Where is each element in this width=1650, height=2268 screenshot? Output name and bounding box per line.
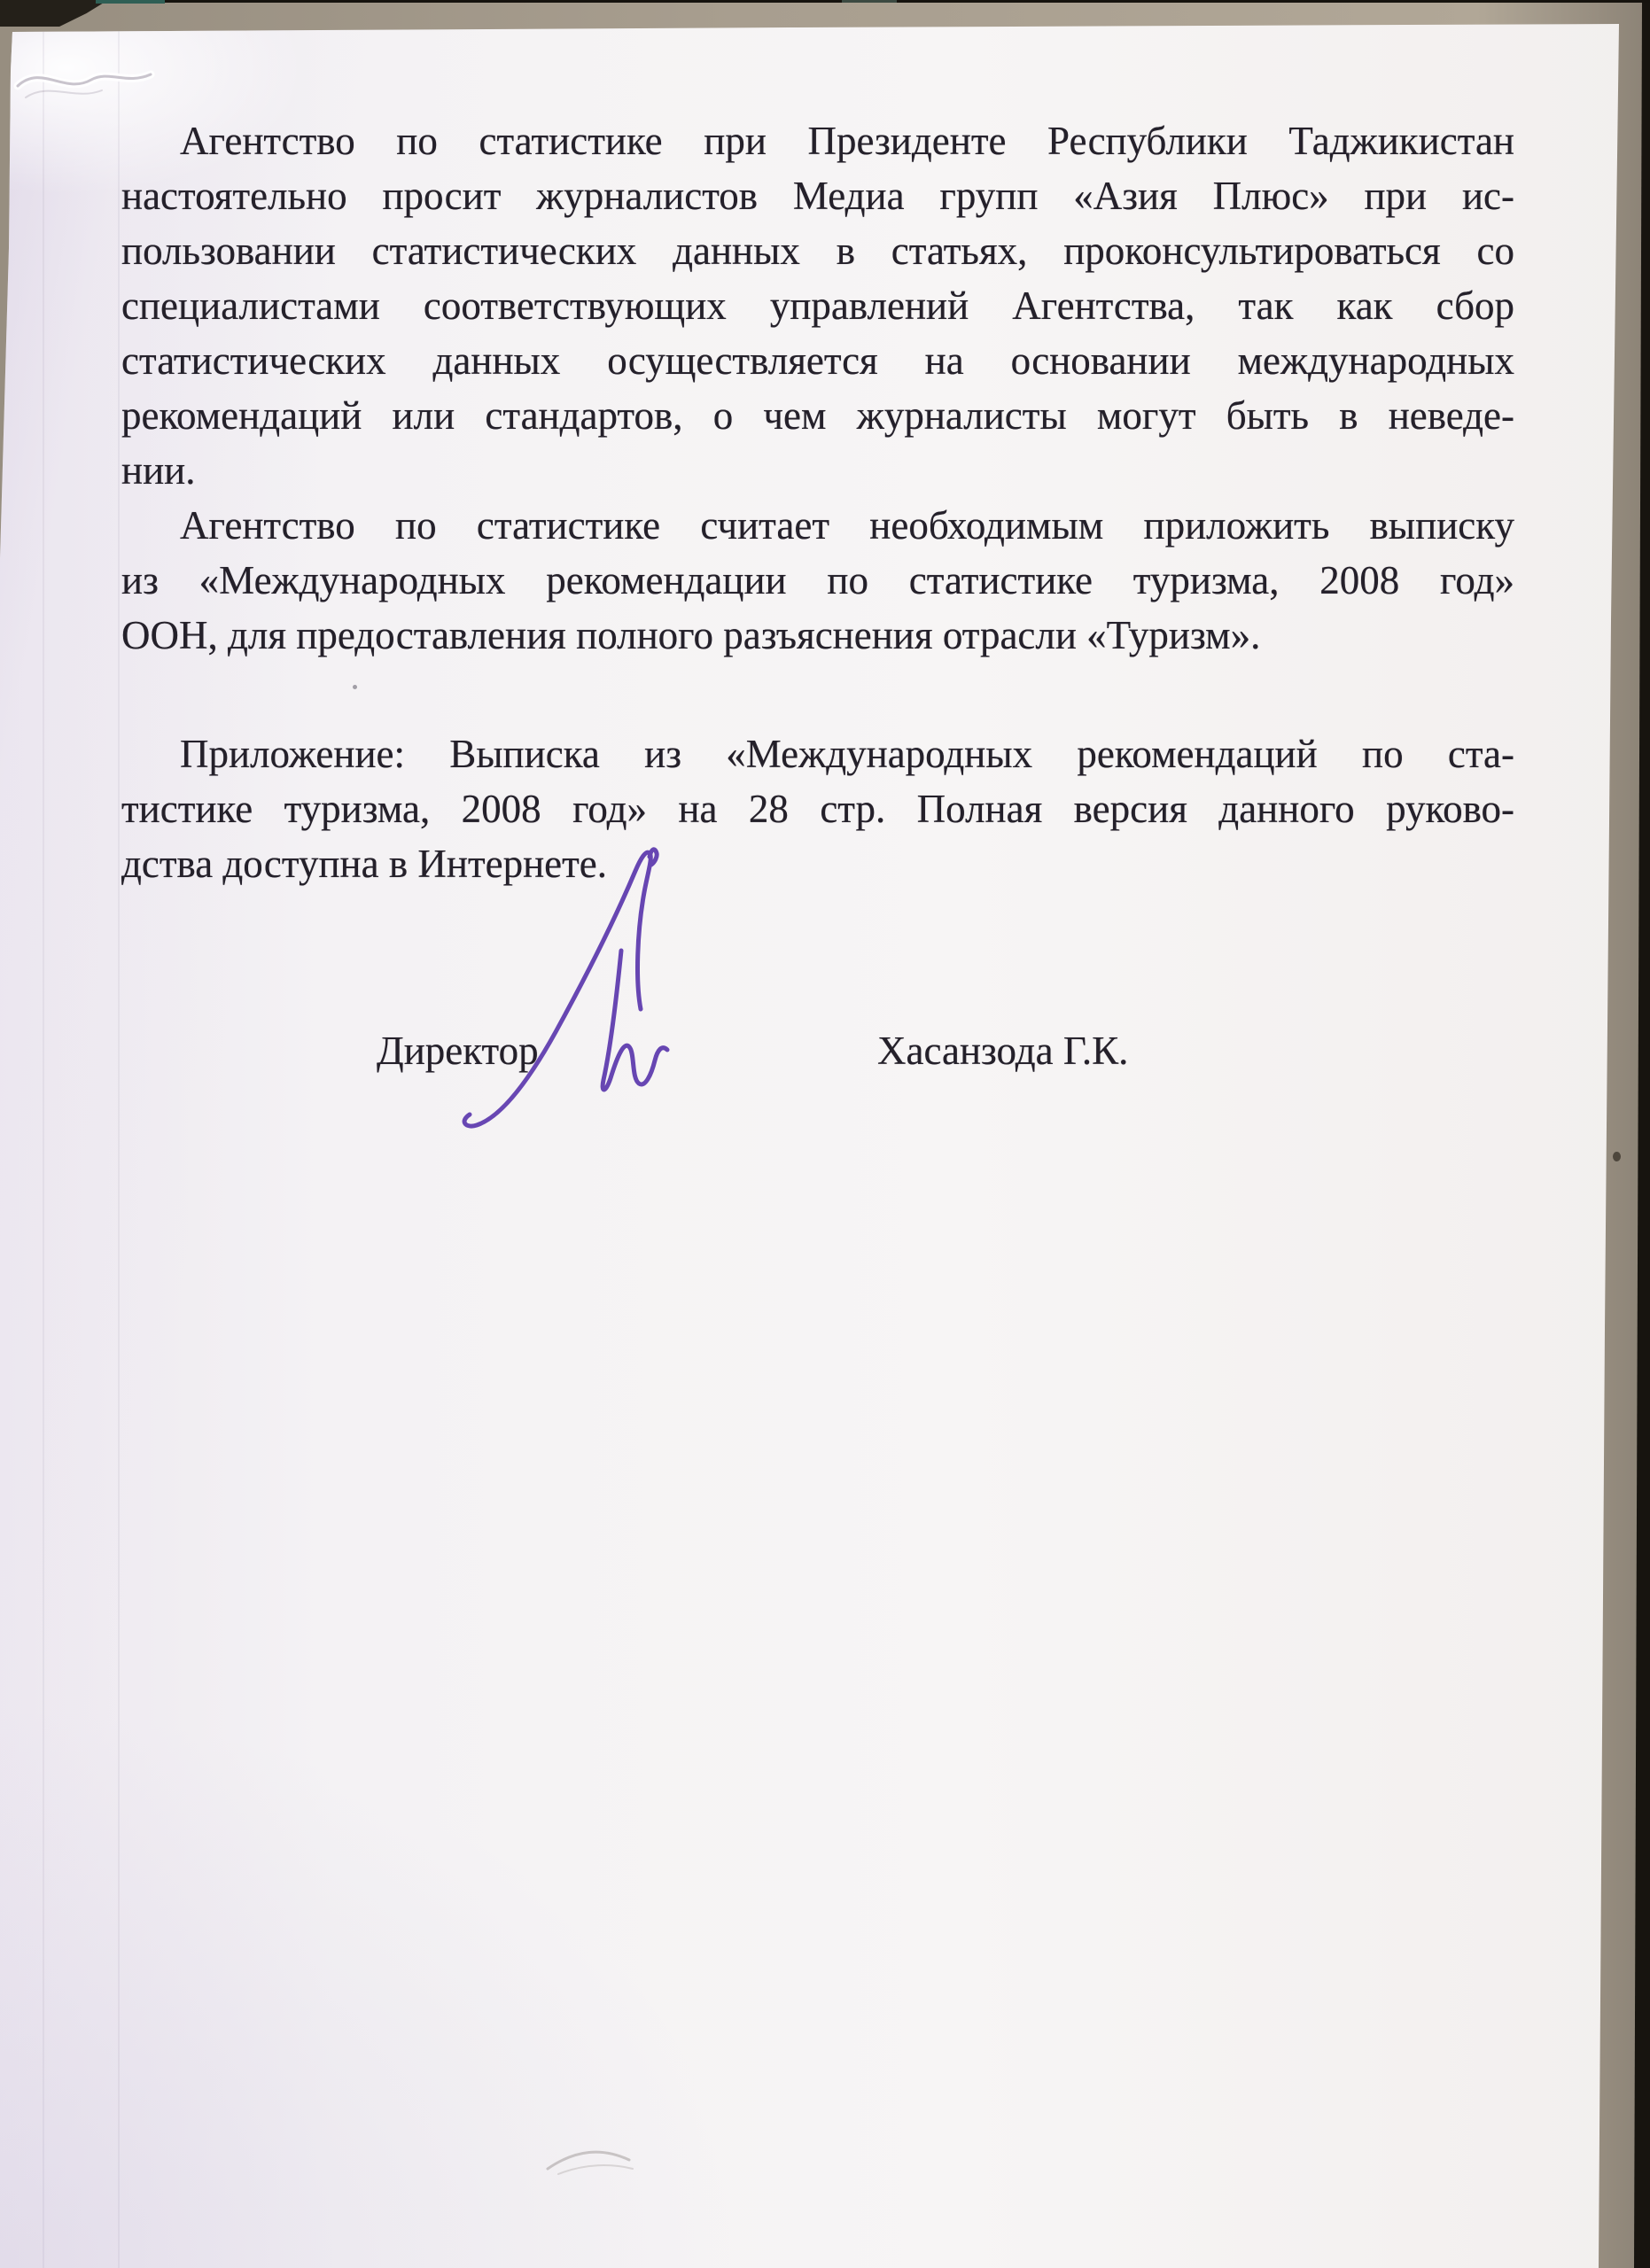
letter-body: Агентство по статистике при Президенте Р… — [121, 113, 1514, 891]
attachment-paragraph: Приложение: Выписка из «Международных ре… — [121, 726, 1514, 891]
scan-top-edge — [0, 0, 1650, 3]
paragraph-line: из «Международных рекомендации по статис… — [121, 553, 1514, 608]
body-paragraph: Агентство по статистике считает необходи… — [121, 498, 1514, 663]
paragraph-line: Агентство по статистике при Президенте Р… — [121, 113, 1514, 168]
paragraph-line: нии. — [121, 443, 1514, 498]
body-paragraph: Агентство по статистике при Президенте Р… — [121, 113, 1514, 498]
signer-name: Хасанзода Г.К. — [877, 1028, 1128, 1074]
signature-scribble — [448, 837, 678, 1143]
paragraph-line: тистике туризма, 2008 год» на 28 стр. По… — [121, 781, 1514, 836]
paragraph-line: рекомендаций или стандартов, о чем журна… — [121, 388, 1514, 443]
paragraph-line: Агентство по статистике считает необходи… — [121, 498, 1514, 553]
paragraph-line: Приложение: Выписка из «Международных ре… — [121, 726, 1514, 781]
document-page: Агентство по статистике при Президенте Р… — [0, 0, 1650, 2268]
paragraph-line: специалистами соответствующих управлений… — [121, 278, 1514, 333]
scanned-letter-page: Агентство по статистике при Президенте Р… — [0, 0, 1650, 2268]
paper-crease — [43, 29, 44, 2268]
pencil-smudge — [541, 2133, 647, 2182]
paper-crease — [118, 29, 120, 2268]
paragraph-line: дства доступна в Интернете. — [121, 836, 1514, 891]
scan-speck — [1613, 1152, 1621, 1161]
scan-edge-artifact — [96, 0, 165, 4]
paragraph-line: статистических данных осуществляется на … — [121, 333, 1514, 388]
paper-wrinkle — [13, 46, 160, 113]
paragraph-line: ООН, для предоставления полного разъясне… — [121, 608, 1514, 663]
paragraph-line: настоятельно просит журналистов Медиа гр… — [121, 168, 1514, 223]
scan-edge-artifact — [842, 0, 897, 3]
signature-block: Директор Хасанзода Г.К. — [121, 1028, 1514, 1083]
paragraph-line: пользовании статистических данных в стат… — [121, 223, 1514, 278]
